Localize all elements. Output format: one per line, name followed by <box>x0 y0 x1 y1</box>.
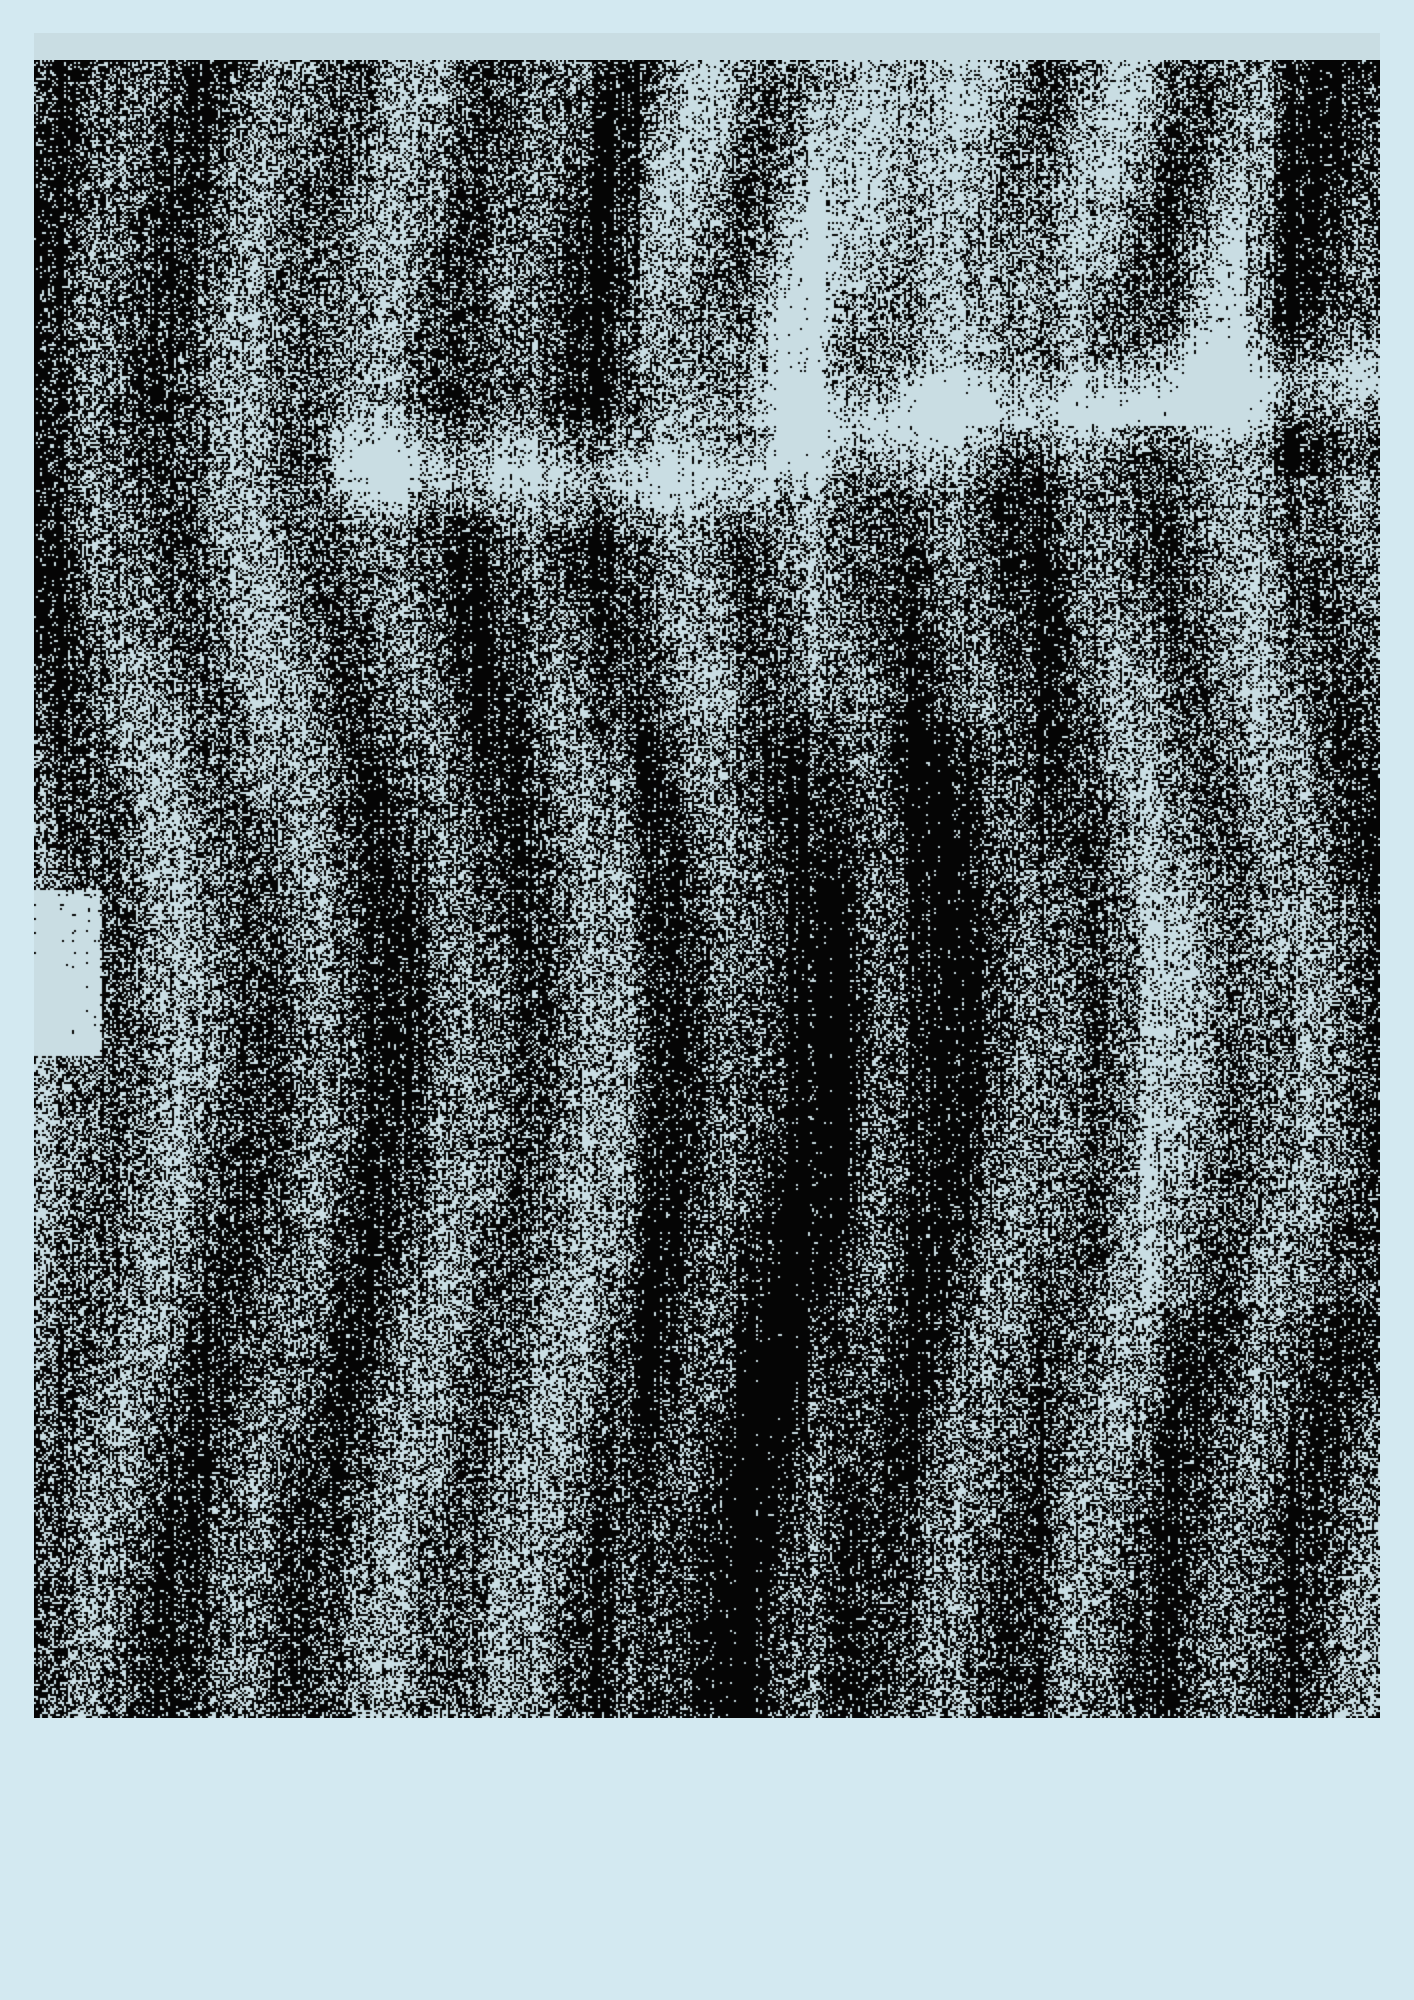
artwork-frame <box>34 33 1380 1718</box>
artwork-top-margin <box>34 33 1380 60</box>
texture-artwork <box>34 60 1380 1718</box>
